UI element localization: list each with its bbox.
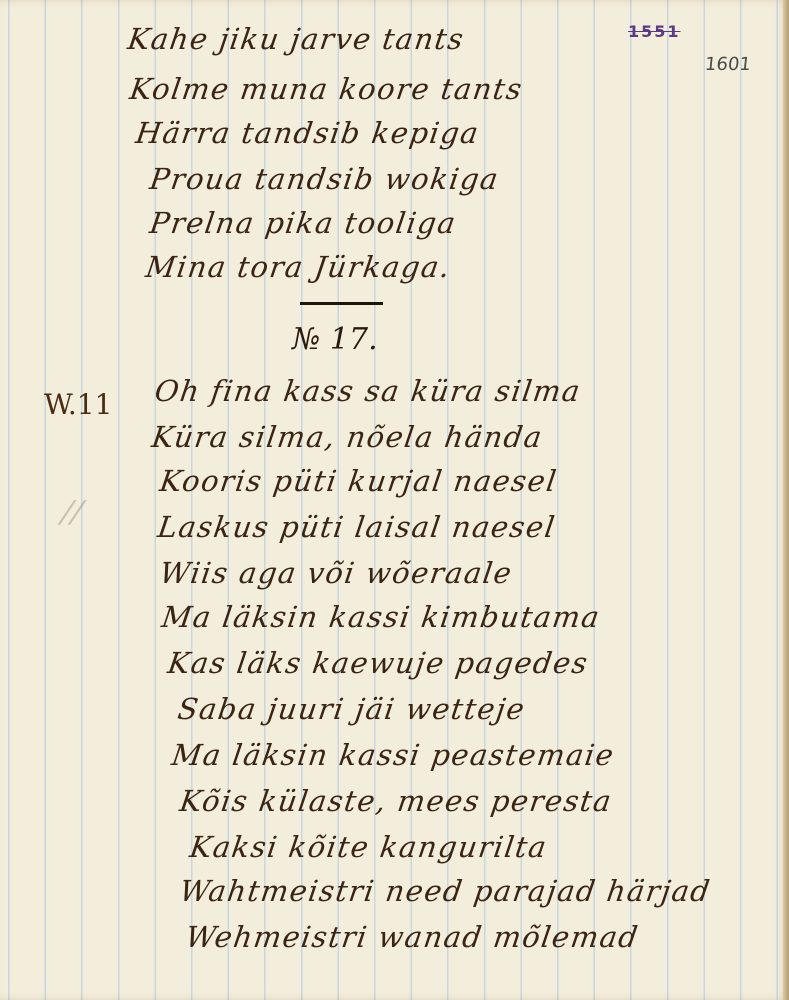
verse-line: Kõis külaste, mees peresta [178, 784, 615, 818]
verse-line: Härra tandsib kepiga [134, 116, 482, 150]
manuscript-page: 1551 1601 Kahe jiku jarve tants Kolme mu… [0, 0, 789, 1000]
page-edge [783, 0, 789, 1000]
verse-line: Kaksi kõite kangurilta [188, 830, 550, 864]
verse-line: Ma läksin kassi kimbutama [160, 600, 603, 634]
verse-line: Kolme muna koore tants [128, 72, 526, 106]
verse-line: Proua tandsib wokiga [148, 162, 502, 196]
pencil-page-number: 1601 [704, 54, 752, 75]
section-number: № 17. [292, 322, 378, 357]
verse-line: Prelna pika tooliga [148, 206, 459, 240]
margin-pencil-mark: // [56, 495, 89, 530]
struck-stamp-number: 1551 [628, 22, 681, 41]
verse-line: Mina tora Jürkaga. [144, 250, 454, 284]
verse-line: Küra silma, nõela hända [150, 420, 546, 454]
verse-line: Saba juuri jäi wetteje [176, 692, 528, 726]
verse-line: Laskus püti laisal naesel [156, 510, 558, 544]
verse-line: Wehmeistri wanad mõlemad [184, 920, 642, 954]
verse-line: Ma läksin kassi peastemaie [170, 738, 617, 772]
section-divider [300, 302, 383, 305]
verse-line: Kooris püti kurjal naesel [158, 464, 560, 498]
verse-line: Kas läks kaewuje pagedes [166, 646, 591, 680]
verse-line: Oh fina kass sa küra silma [153, 374, 584, 408]
verse-line: Kahe jiku jarve tants [126, 22, 467, 56]
verse-line: Wiis aga või wõeraale [158, 556, 515, 590]
verse-line: Wahtmeistri need parajad härjad [178, 874, 714, 908]
margin-note: W.11 [44, 388, 112, 421]
